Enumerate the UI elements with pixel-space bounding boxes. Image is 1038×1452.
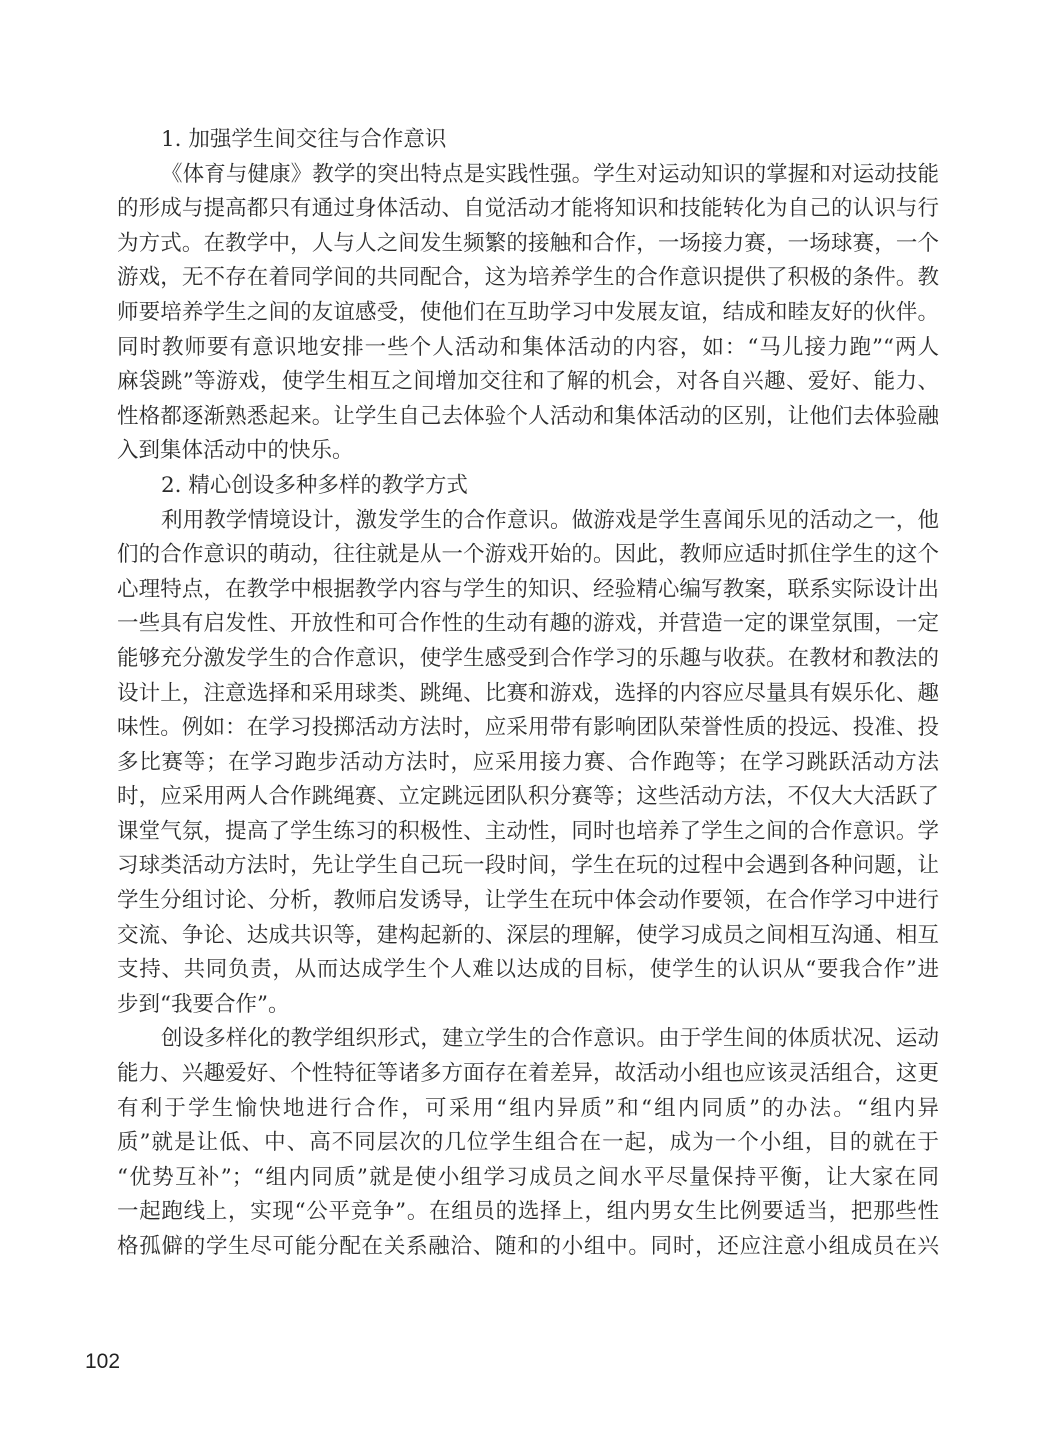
paragraph-line: 利用教学情境设计，激发学生的合作意识。做游戏是学生喜闻乐见的活动之一，他 bbox=[117, 504, 939, 539]
paragraph-line: 一起跑线上，实现“公平竞争”。在组员的选择上，组内男女生比例要适当，把那些性 bbox=[117, 1195, 939, 1230]
page-number: 102 bbox=[85, 1350, 120, 1374]
paragraph-line: 麻袋跳”等游戏，使学生相互之间增加交往和了解的机会，对各自兴趣、爱好、能力、 bbox=[117, 365, 939, 400]
paragraph-line: 学生分组讨论、分析，教师启发诱导，让学生在玩中体会动作要领，在合作学习中进行 bbox=[117, 884, 939, 919]
paragraph-line: 的形成与提高都只有通过身体活动、自觉活动才能将知识和技能转化为自己的认识与行 bbox=[117, 192, 939, 227]
paragraph-line: 习球类活动方法时，先让学生自己玩一段时间，学生在玩的过程中会遇到各种问题，让 bbox=[117, 849, 939, 884]
paragraph-line: 交流、争论、达成共识等，建构起新的、深层的理解，使学习成员之间相互沟通、相互 bbox=[117, 919, 939, 954]
paragraph-line: 为方式。在教学中，人与人之间发生频繁的接触和合作，一场接力赛，一场球赛，一个 bbox=[117, 227, 939, 262]
paragraph-line: 心理特点，在教学中根据教学内容与学生的知识、经验精心编写教案，联系实际设计出 bbox=[117, 573, 939, 608]
paragraph-line: 同时教师要有意识地安排一些个人活动和集体活动的内容，如：“马儿接力跑”“两人 bbox=[117, 331, 939, 366]
paragraph-line: “优势互补”；“组内同质”就是使小组学习成员之间水平尽量保持平衡，让大家在同 bbox=[117, 1161, 939, 1196]
paragraph-line: 能够充分激发学生的合作意识，使学生感受到合作学习的乐趣与收获。在教材和教法的 bbox=[117, 642, 939, 677]
paragraph-line: 设计上，注意选择和采用球类、跳绳、比赛和游戏，选择的内容应尽量具有娱乐化、趣 bbox=[117, 677, 939, 712]
paragraph-line: 时，应采用两人合作跳绳赛、立定跳远团队积分赛等；这些活动方法，不仅大大活跃了 bbox=[117, 780, 939, 815]
paragraph-line: 质”就是让低、中、高不同层次的几位学生组合在一起，成为一个小组，目的就在于 bbox=[117, 1126, 939, 1161]
paragraph-line: 游戏，无不存在着同学间的共同配合，这为培养学生的合作意识提供了积极的条件。教 bbox=[117, 261, 939, 296]
paragraph-line: 步到“我要合作”。 bbox=[117, 988, 939, 1023]
section-heading: 1. 加强学生间交往与合作意识 bbox=[117, 123, 939, 158]
paragraph-line: 格孤僻的学生尽可能分配在关系融洽、随和的小组中。同时，还应注意小组成员在兴 bbox=[117, 1230, 939, 1265]
paragraph: 创设多样化的教学组织形式，建立学生的合作意识。由于学生间的体质状况、运动 能力、… bbox=[117, 1022, 939, 1264]
paragraph-line: 能力、兴趣爱好、个性特征等诸多方面存在着差异，故活动小组也应该灵活组合，这更 bbox=[117, 1057, 939, 1092]
paragraph-line: 创设多样化的教学组织形式，建立学生的合作意识。由于学生间的体质状况、运动 bbox=[117, 1022, 939, 1057]
paragraph-line: 性格都逐渐熟悉起来。让学生自己去体验个人活动和集体活动的区别，让他们去体验融 bbox=[117, 400, 939, 435]
paragraph-line: 味性。例如：在学习投掷活动方法时，应采用带有影响团队荣誉性质的投远、投准、投 bbox=[117, 711, 939, 746]
paragraph-line: 支持、共同负责，从而达成学生个人难以达成的目标，使学生的认识从“要我合作”进 bbox=[117, 953, 939, 988]
paragraph-line: 一些具有启发性、开放性和可合作性的生动有趣的游戏，并营造一定的课堂氛围，一定 bbox=[117, 607, 939, 642]
paragraph-line: 《体育与健康》教学的突出特点是实践性强。学生对运动知识的掌握和对运动技能 bbox=[117, 158, 939, 193]
paragraph: 利用教学情境设计，激发学生的合作意识。做游戏是学生喜闻乐见的活动之一，他 们的合… bbox=[117, 504, 939, 1023]
paragraph-line: 师要培养学生之间的友谊感受，使他们在互助学习中发展友谊，结成和睦友好的伙伴。 bbox=[117, 296, 939, 331]
paragraph-line: 们的合作意识的萌动，往往就是从一个游戏开始的。因此，教师应适时抓住学生的这个 bbox=[117, 538, 939, 573]
page-body: 1. 加强学生间交往与合作意识 《体育与健康》教学的突出特点是实践性强。学生对运… bbox=[117, 123, 939, 1265]
paragraph-line: 有利于学生愉快地进行合作，可采用“组内异质”和“组内同质”的办法。“组内异 bbox=[117, 1092, 939, 1127]
paragraph-line: 多比赛等；在学习跑步活动方法时，应采用接力赛、合作跑等；在学习跳跃活动方法 bbox=[117, 746, 939, 781]
paragraph-line: 入到集体活动中的快乐。 bbox=[117, 434, 939, 469]
paragraph-line: 课堂气氛，提高了学生练习的积极性、主动性，同时也培养了学生之间的合作意识。学 bbox=[117, 815, 939, 850]
paragraph: 《体育与健康》教学的突出特点是实践性强。学生对运动知识的掌握和对运动技能 的形成… bbox=[117, 158, 939, 469]
section-heading: 2. 精心创设多种多样的教学方式 bbox=[117, 469, 939, 504]
